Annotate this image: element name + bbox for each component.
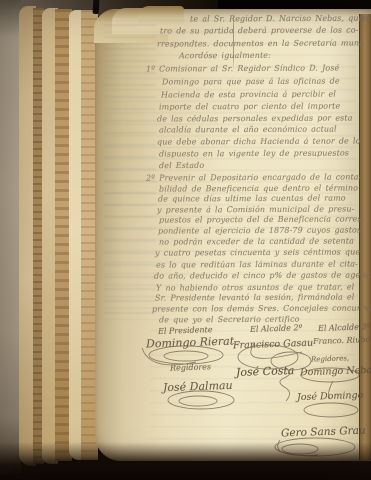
signature-flourishes	[0, 0, 371, 480]
background-shadow-bottom	[0, 442, 371, 480]
bookmark-ribbon	[93, 0, 100, 14]
book-photo: te al Sr. Regidor D. Narciso Nebas, quie…	[0, 0, 371, 480]
